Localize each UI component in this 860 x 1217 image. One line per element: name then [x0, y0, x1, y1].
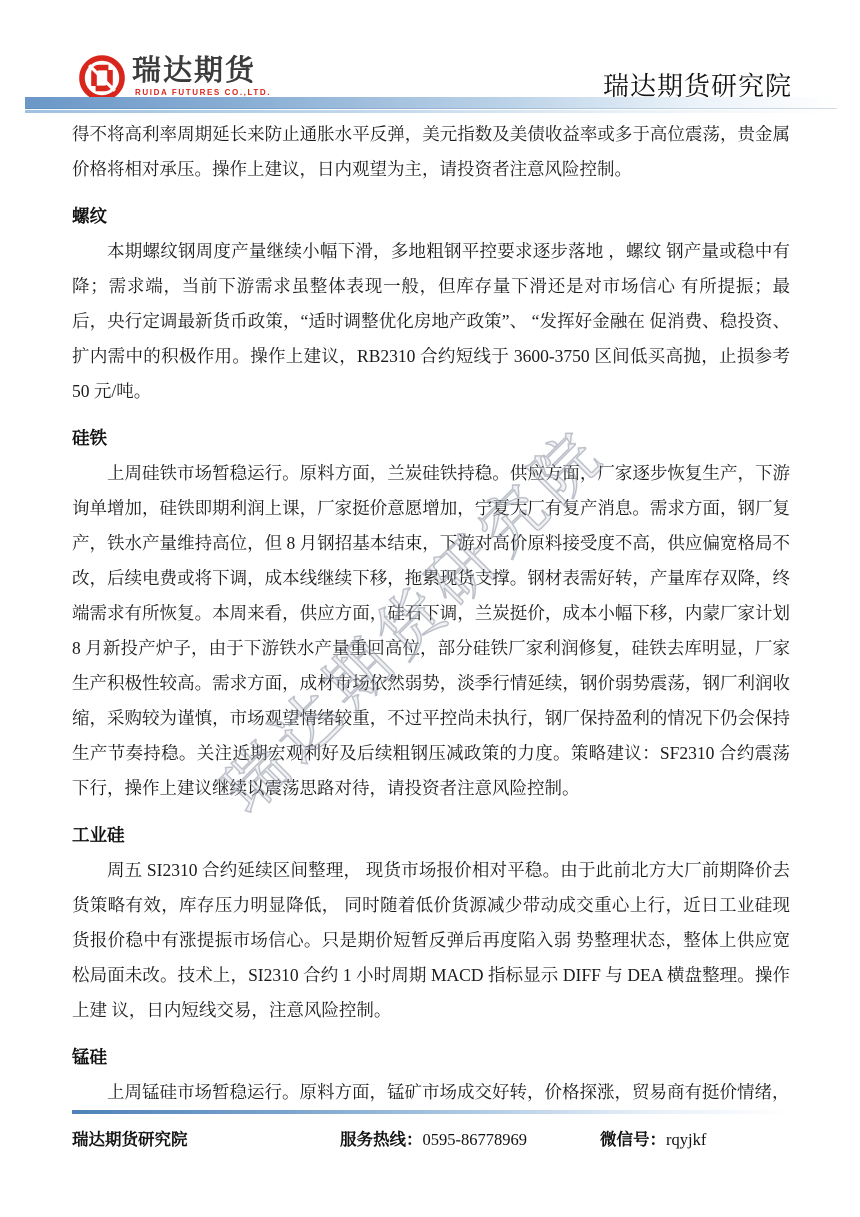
footer-wechat: 微信号：rqyjkf: [600, 1126, 706, 1150]
wechat-value: rqyjkf: [666, 1130, 706, 1149]
hotline-value: 0595-86778969: [423, 1130, 528, 1149]
section-heading: 锰硅: [72, 1040, 790, 1075]
report-paragraph: 上周锰硅市场暂稳运行。原料方面，锰矿市场成交好转，价格探涨，贸易商有挺价情绪，: [72, 1075, 790, 1110]
brand-name: 瑞达期货: [132, 54, 256, 88]
footer-institute: 瑞达期货研究院: [72, 1126, 188, 1150]
footer-divider-line: [72, 1110, 790, 1114]
ruida-logo-icon: [78, 54, 126, 102]
report-page: 瑞达期货 RUIDA FUTURES CO.,LTD. 瑞达期货研究院 得不将高…: [0, 0, 860, 1217]
footer-hotline: 服务热线：0595-86778969: [340, 1126, 527, 1150]
brand-name-en: RUIDA FUTURES CO.,LTD.: [135, 88, 271, 97]
report-paragraph: 周五 SI2310 合约延续区间整理， 现货市场报价相对平稳。由于此前北方大厂前…: [72, 853, 790, 1028]
report-paragraph: 本期螺纹钢周度产量继续小幅下滑，多地粗钢平控要求逐步落地 ，螺纹 钢产量或稳中有…: [72, 234, 790, 409]
section-heading: 螺纹: [72, 199, 790, 234]
hotline-label: 服务热线：: [340, 1131, 423, 1149]
header-divider-line: [25, 110, 837, 113]
report-body: 得不将高利率周期延长来防止通胀水平反弹，美元指数及美债收益率或多于高位震荡，贵金…: [72, 117, 790, 1110]
section-heading: 工业硅: [72, 818, 790, 853]
report-paragraph: 得不将高利率周期延长来防止通胀水平反弹，美元指数及美债收益率或多于高位震荡，贵金…: [72, 117, 790, 187]
wechat-label: 微信号：: [600, 1131, 666, 1149]
section-heading: 硅铁: [72, 421, 790, 456]
header-divider-bar: [25, 97, 837, 109]
report-paragraph: 上周硅铁市场暂稳运行。原料方面，兰炭硅铁持稳。供应方面，厂家逐步恢复生产，下游询…: [72, 456, 790, 806]
